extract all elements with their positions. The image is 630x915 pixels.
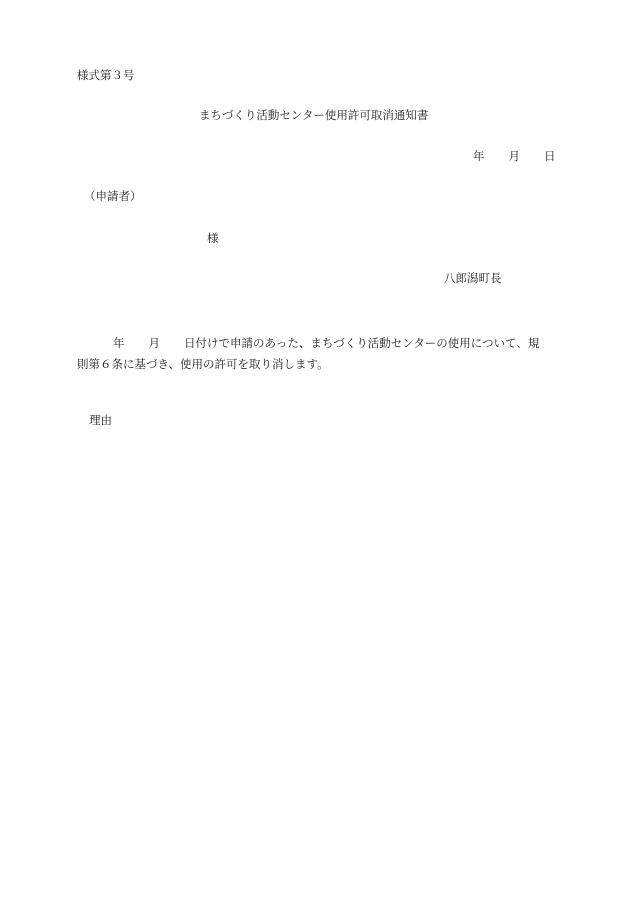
date-line: 年月日 xyxy=(473,151,556,163)
body-line-2: 則第６条に基づき、使用の許可を取り消します。 xyxy=(77,354,561,375)
reason-label: 理由 xyxy=(89,415,112,427)
body-year-label: 年 xyxy=(113,336,125,350)
date-day-label: 日 xyxy=(544,151,556,163)
body-paragraph: 年月日付けで申請のあった、まちづくり活動センターの使用について、規 則第６条に基… xyxy=(77,333,561,375)
honorific-sama: 様 xyxy=(207,233,219,245)
date-year-label: 年 xyxy=(473,151,485,163)
form-number: 様式第３号 xyxy=(77,70,135,82)
document-title: まちづくり活動センター使用許可取消通知書 xyxy=(199,110,428,122)
issuer-name: 八郎潟町長 xyxy=(444,273,502,285)
body-line-1: 年月日付けで申請のあった、まちづくり活動センターの使用について、規 xyxy=(77,333,561,354)
body-line-1-text: 日付けで申請のあった、まちづくり活動センターの使用について、規 xyxy=(184,336,539,350)
date-month-label: 月 xyxy=(509,151,521,163)
applicant-label: （申請者） xyxy=(84,191,142,203)
body-month-label: 月 xyxy=(149,336,161,350)
